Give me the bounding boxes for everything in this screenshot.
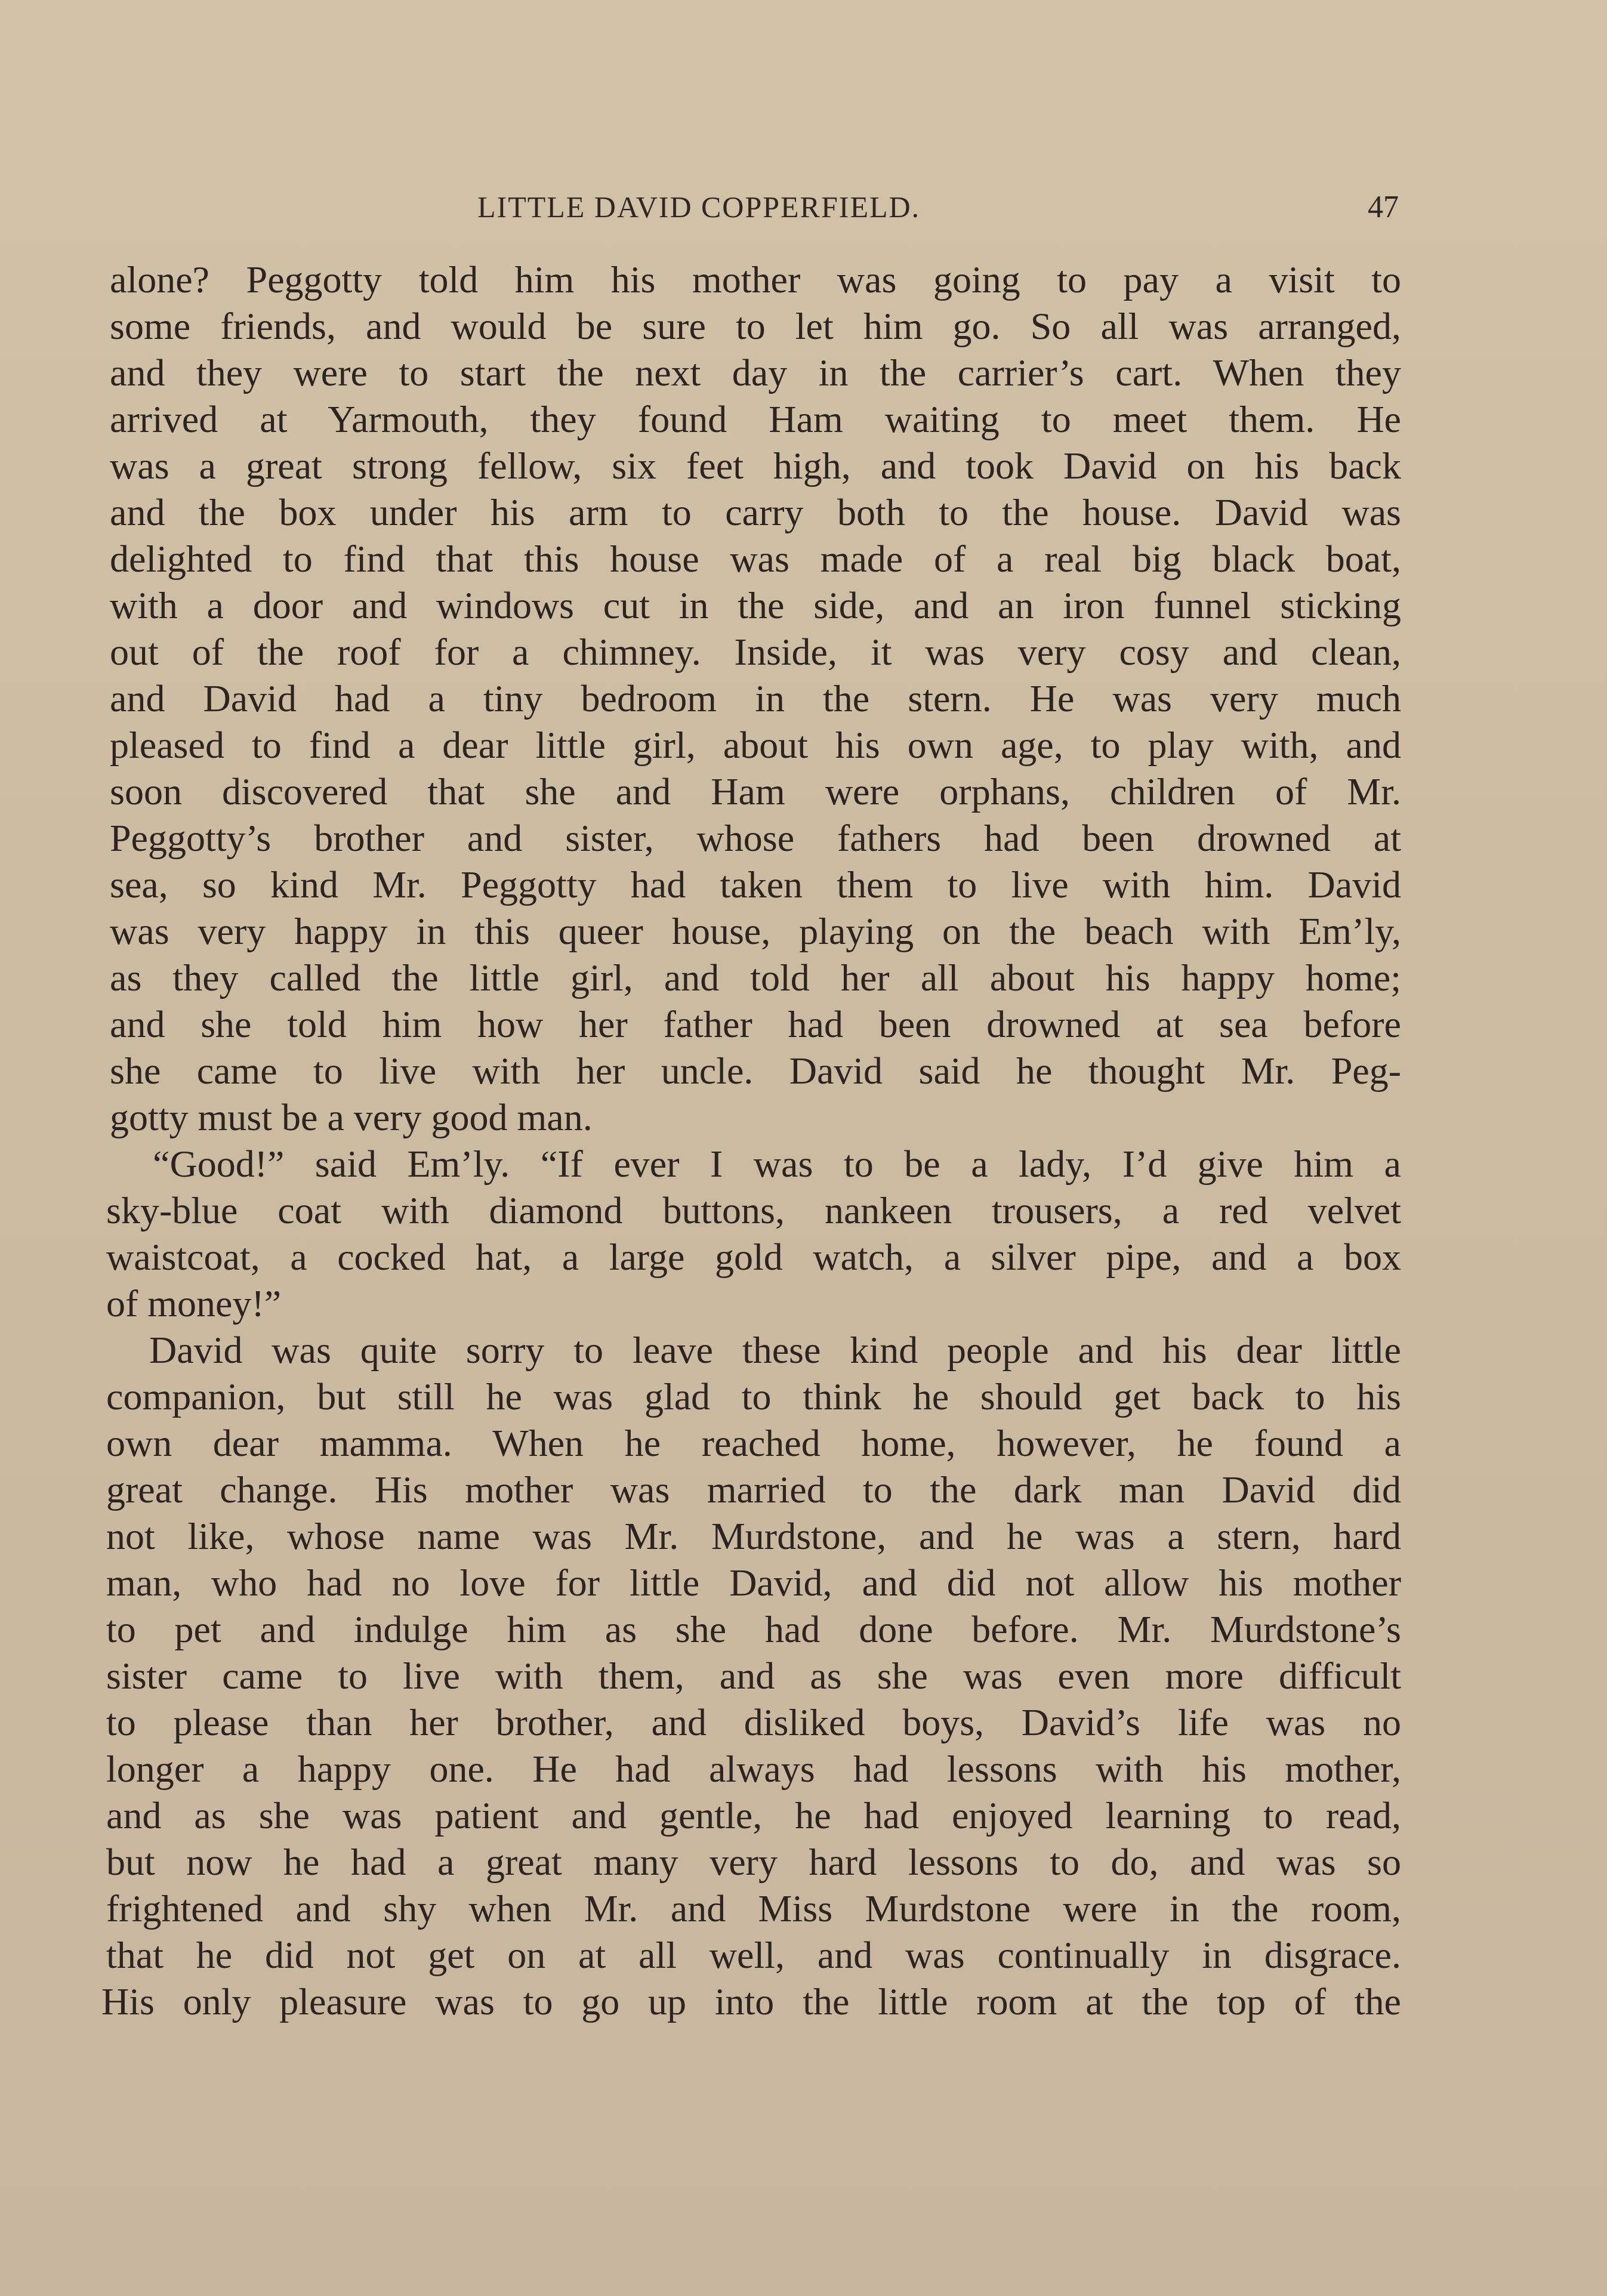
text-line: not like, whose name was Mr. Murdstone, … [106, 1513, 1401, 1560]
book-page: LITTLE DAVID COPPERFIELD. 47 alone? Pegg… [0, 0, 1607, 2296]
paragraph: “Good!” said Em’ly. “If ever I was to be… [110, 1141, 1401, 1327]
text-line: and they were to start the next day in t… [110, 350, 1401, 396]
text-line: “Good!” said Em’ly. “If ever I was to be… [110, 1141, 1401, 1187]
text-line: His only pleasure was to go up into the … [101, 1979, 1401, 2025]
text-line: out of the roof for a chimney. Inside, i… [110, 629, 1401, 675]
text-line: man, who had no love for little David, a… [106, 1560, 1401, 1606]
text-line: own dear mamma. When he reached home, ho… [106, 1420, 1401, 1467]
text-line: was a great strong fellow, six feet high… [110, 443, 1401, 489]
text-line: and the box under his arm to carry both … [110, 489, 1401, 536]
text-line: arrived at Yarmouth, they found Ham wait… [110, 396, 1401, 443]
text-line: and as she was patient and gentle, he ha… [106, 1792, 1401, 1839]
paragraph: alone? Peggotty told him his mother was … [110, 257, 1401, 1141]
text-line: that he did not get on at all well, and … [106, 1932, 1401, 1979]
text-line: waistcoat, a cocked hat, a large gold wa… [106, 1234, 1401, 1280]
text-line: with a door and windows cut in the side,… [110, 582, 1401, 629]
text-line: as they called the little girl, and told… [110, 955, 1401, 1001]
text-line: sister came to live with them, and as sh… [106, 1653, 1401, 1699]
text-line: great change. His mother was married to … [106, 1467, 1401, 1513]
text-line: and she told him how her father had been… [110, 1001, 1401, 1048]
text-line: was very happy in this queer house, play… [110, 908, 1401, 955]
paragraph: David was quite sorry to leave these kin… [110, 1327, 1401, 2025]
text-line: of money!” [106, 1280, 1401, 1327]
text-line: sea, so kind Mr. Peggotty had taken them… [110, 862, 1401, 908]
body-text: alone? Peggotty told him his mother was … [110, 257, 1401, 2025]
text-line: longer a happy one. He had always had le… [106, 1746, 1401, 1792]
text-line: some friends, and would be sure to let h… [110, 303, 1401, 350]
text-line: David was quite sorry to leave these kin… [106, 1327, 1401, 1374]
text-line: sky-blue coat with diamond buttons, nank… [106, 1187, 1401, 1234]
text-line: she came to live with her uncle. David s… [110, 1048, 1401, 1094]
text-line: gotty must be a very good man. [110, 1094, 1401, 1141]
text-line: and David had a tiny bedroom in the ster… [110, 675, 1401, 722]
text-line: to please than her brother, and disliked… [106, 1699, 1401, 1746]
text-line: companion, but still he was glad to thin… [106, 1374, 1401, 1420]
text-line: delighted to find that this house was ma… [110, 536, 1401, 582]
text-line: pleased to find a dear little girl, abou… [110, 722, 1401, 769]
text-line: but now he had a great many very hard le… [106, 1839, 1401, 1885]
text-line: alone? Peggotty told him his mother was … [110, 257, 1401, 303]
text-line: to pet and indulge him as she had done b… [106, 1606, 1401, 1653]
running-title: LITTLE DAVID COPPERFIELD. [477, 190, 920, 224]
text-line: frightened and shy when Mr. and Miss Mur… [106, 1885, 1401, 1932]
text-line: soon discovered that she and Ham were or… [110, 769, 1401, 815]
text-line: Peggotty’s brother and sister, whose fat… [110, 815, 1401, 862]
page-number: 47 [1368, 190, 1399, 225]
